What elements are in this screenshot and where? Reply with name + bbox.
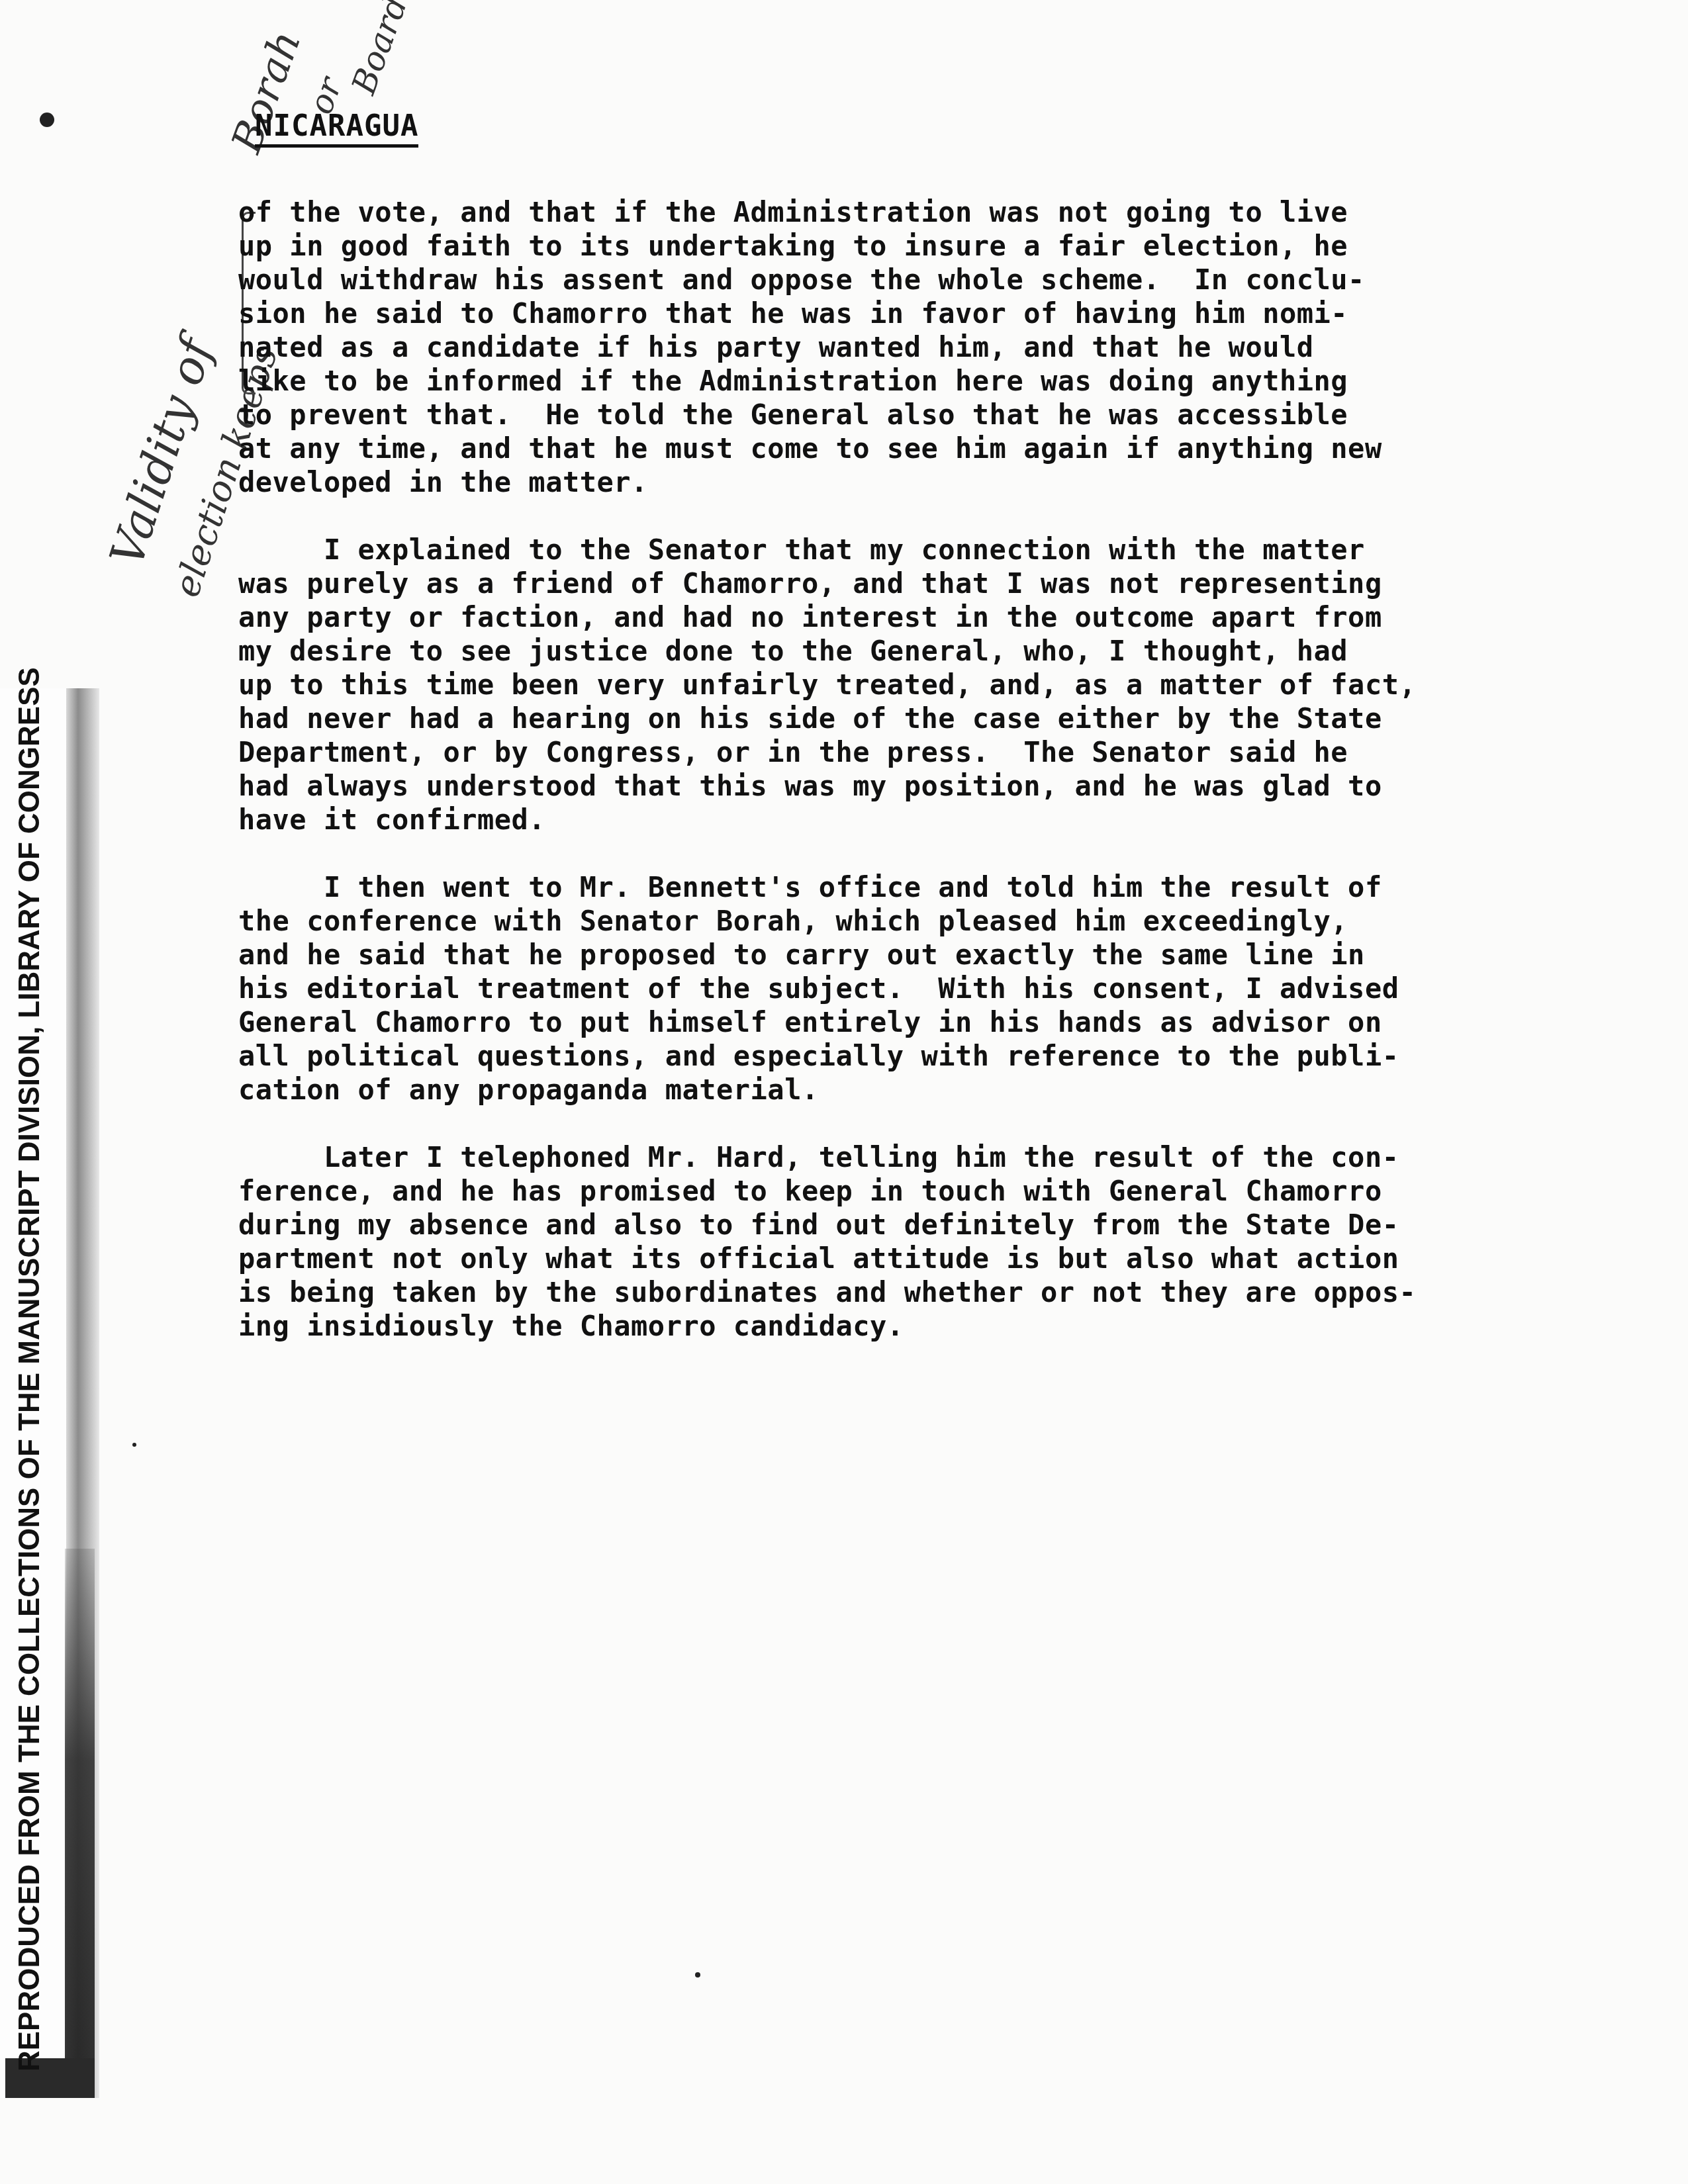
text-line: I then went to Mr. Bennett's office and … xyxy=(238,870,1595,904)
text-line: cation of any propaganda material. xyxy=(238,1073,1595,1107)
document-body: of the vote, and that if the Administrat… xyxy=(238,195,1595,1377)
text-line: any party or faction, and had no interes… xyxy=(238,600,1595,634)
text-line: to prevent that. He told the General als… xyxy=(238,398,1595,432)
text-line: like to be informed if the Administratio… xyxy=(238,364,1595,398)
text-line: up in good faith to its undertaking to i… xyxy=(238,229,1595,263)
punch-hole-mark xyxy=(40,113,54,127)
text-line: of the vote, and that if the Administrat… xyxy=(238,195,1595,229)
paragraph-2: I explained to the Senator that my conne… xyxy=(238,533,1595,837)
text-line: ference, and he has promised to keep in … xyxy=(238,1174,1595,1208)
text-line: my desire to see justice done to the Gen… xyxy=(238,634,1595,668)
scan-shadow xyxy=(65,1549,95,2078)
text-line: Later I telephoned Mr. Hard, telling him… xyxy=(238,1140,1595,1174)
text-line: is being taken by the subordinates and w… xyxy=(238,1275,1595,1309)
ink-speck xyxy=(132,1443,136,1447)
text-line: all political questions, and especially … xyxy=(238,1039,1595,1073)
text-line: Department, or by Congress, or in the pr… xyxy=(238,735,1595,769)
text-line: during my absence and also to find out d… xyxy=(238,1208,1595,1242)
ink-speck xyxy=(695,1972,700,1978)
paragraph-4: Later I telephoned Mr. Hard, telling him… xyxy=(238,1140,1595,1343)
text-line: I explained to the Senator that my conne… xyxy=(238,533,1595,567)
text-line: the conference with Senator Borah, which… xyxy=(238,904,1595,938)
text-line: had always understood that this was my p… xyxy=(238,769,1595,803)
paragraph-1: of the vote, and that if the Administrat… xyxy=(238,195,1595,499)
text-line: at any time, and that he must come to se… xyxy=(238,432,1595,465)
text-line: up to this time been very unfairly treat… xyxy=(238,668,1595,702)
text-line: General Chamorro to put himself entirely… xyxy=(238,1005,1595,1039)
text-line: and he said that he proposed to carry ou… xyxy=(238,938,1595,972)
paragraph-3: I then went to Mr. Bennett's office and … xyxy=(238,870,1595,1107)
text-line: ing insidiously the Chamorro candidacy. xyxy=(238,1309,1595,1343)
text-line: have it confirmed. xyxy=(238,803,1595,837)
page-heading: NICARAGUA xyxy=(255,109,418,148)
text-line: would withdraw his assent and oppose the… xyxy=(238,263,1595,296)
text-line: his editorial treatment of the subject. … xyxy=(238,972,1595,1005)
text-line: nated as a candidate if his party wanted… xyxy=(238,330,1595,364)
text-line: was purely as a friend of Chamorro, and … xyxy=(238,567,1595,600)
text-line: had never had a hearing on his side of t… xyxy=(238,702,1595,735)
text-line: developed in the matter. xyxy=(238,465,1595,499)
text-line: partment not only what its official atti… xyxy=(238,1242,1595,1275)
handwritten-annotation: Board xyxy=(344,0,415,99)
text-line: sion he said to Chamorro that he was in … xyxy=(238,296,1595,330)
archive-stamp: REPRODUCED FROM THE COLLECTIONS OF THE M… xyxy=(13,695,46,2071)
